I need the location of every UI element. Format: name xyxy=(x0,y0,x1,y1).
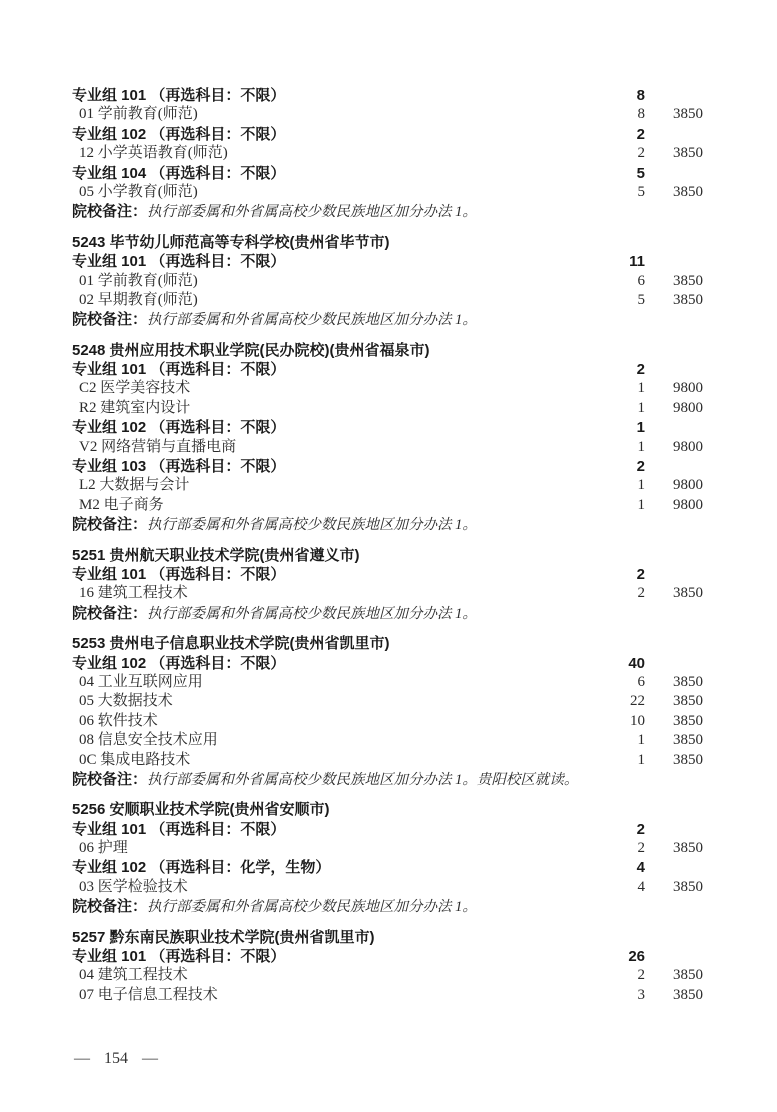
major-name: V2 网络营销与直播电商 xyxy=(72,438,593,457)
plan-count: 2 xyxy=(593,820,645,839)
school-section: 5248 贵州应用技术职业学院(民办院校)(贵州省福泉市)专业组 101 （再选… xyxy=(72,341,703,535)
major-group-row: 专业组 103 （再选科目：不限）2 xyxy=(72,457,703,476)
school-section: 专业组 101 （再选科目：不限）801 学前教育(师范)83850专业组 10… xyxy=(72,86,703,222)
major-group-label: 专业组 101 （再选科目：不限） xyxy=(72,360,593,379)
school-section: 5243 毕节幼儿师范高等专科学校(贵州省毕节市)专业组 101 （再选科目：不… xyxy=(72,233,703,330)
major-name: 12 小学英语教育(师范) xyxy=(72,144,593,163)
tuition-fee: 3850 xyxy=(645,144,703,163)
major-name: 03 医学检验技术 xyxy=(72,878,593,897)
plan-count: 1 xyxy=(593,418,645,437)
school-section: 5257 黔东南民族职业技术学院(贵州省凯里市)专业组 101 （再选科目：不限… xyxy=(72,928,703,1006)
major-group-label: 专业组 101 （再选科目：不限） xyxy=(72,820,593,839)
school-section: 5256 安顺职业技术学院(贵州省安顺市)专业组 101 （再选科目：不限）20… xyxy=(72,800,703,916)
major-row: 07 电子信息工程技术33850 xyxy=(72,986,703,1005)
plan-count: 1 xyxy=(593,399,645,418)
major-group-row: 专业组 102 （再选科目：不限）1 xyxy=(72,418,703,437)
major-group-row: 专业组 101 （再选科目：不限）26 xyxy=(72,947,703,966)
major-name: M2 电子商务 xyxy=(72,496,593,515)
major-name: 01 学前教育(师范) xyxy=(72,272,593,291)
major-group-label: 专业组 102 （再选科目：不限） xyxy=(72,418,593,437)
major-name: 04 建筑工程技术 xyxy=(72,966,593,985)
major-row: 06 护理23850 xyxy=(72,839,703,858)
tuition-fee: 9800 xyxy=(645,379,703,398)
plan-count: 3 xyxy=(593,986,645,1005)
note-text: 执行部委属和外省属高校少数民族地区加分办法 1。贵阳校区就读。 xyxy=(147,772,578,788)
major-row: V2 网络营销与直播电商19800 xyxy=(72,438,703,457)
major-group-label: 专业组 102 （再选科目：不限） xyxy=(72,654,593,673)
school-header-row: 5248 贵州应用技术职业学院(民办院校)(贵州省福泉市) xyxy=(72,341,703,360)
school-header-row: 5256 安顺职业技术学院(贵州省安顺市) xyxy=(72,800,703,819)
school-header-row: 5257 黔东南民族职业技术学院(贵州省凯里市) xyxy=(72,928,703,947)
school-title: 5256 安顺职业技术学院(贵州省安顺市) xyxy=(72,800,703,819)
school-note-row: 院校备注：执行部委属和外省属高校少数民族地区加分办法 1。 xyxy=(72,202,703,221)
tuition-fee: 3850 xyxy=(645,291,703,310)
plan-count: 2 xyxy=(593,584,645,603)
school-header-row: 5253 贵州电子信息职业技术学院(贵州省凯里市) xyxy=(72,634,703,653)
plan-count: 2 xyxy=(593,966,645,985)
tuition-fee: 3850 xyxy=(645,986,703,1005)
tuition-fee: 3850 xyxy=(645,712,703,731)
plan-count: 6 xyxy=(593,673,645,692)
tuition-fee: 3850 xyxy=(645,751,703,770)
school-note-row: 院校备注：执行部委属和外省属高校少数民族地区加分办法 1。 xyxy=(72,310,703,329)
major-row: M2 电子商务19800 xyxy=(72,496,703,515)
plan-count: 1 xyxy=(593,438,645,457)
note-label: 院校备注： xyxy=(72,771,147,788)
tuition-fee: 9800 xyxy=(645,476,703,495)
major-group-row: 专业组 102 （再选科目：化学，生物）4 xyxy=(72,858,703,877)
school-note-row: 院校备注：执行部委属和外省属高校少数民族地区加分办法 1。 xyxy=(72,897,703,916)
plan-count: 2 xyxy=(593,144,645,163)
major-group-row: 专业组 104 （再选科目：不限）5 xyxy=(72,164,703,183)
school-note-row: 院校备注：执行部委属和外省属高校少数民族地区加分办法 1。 xyxy=(72,604,703,623)
tuition-fee: 9800 xyxy=(645,438,703,457)
major-group-label: 专业组 101 （再选科目：不限） xyxy=(72,86,593,105)
major-group-label: 专业组 104 （再选科目：不限） xyxy=(72,164,593,183)
note-label: 院校备注： xyxy=(72,203,147,220)
tuition-fee: 3850 xyxy=(645,692,703,711)
plan-count: 5 xyxy=(593,164,645,183)
major-name: 07 电子信息工程技术 xyxy=(72,986,593,1005)
major-group-label: 专业组 101 （再选科目：不限） xyxy=(72,252,593,271)
major-group-label: 专业组 102 （再选科目：不限） xyxy=(72,125,593,144)
tuition-fee: 3850 xyxy=(645,183,703,202)
major-name: 05 小学教育(师范) xyxy=(72,183,593,202)
plan-count: 2 xyxy=(593,125,645,144)
plan-count: 4 xyxy=(593,878,645,897)
tuition-fee: 9800 xyxy=(645,399,703,418)
major-group-label: 专业组 102 （再选科目：化学，生物） xyxy=(72,858,593,877)
plan-count: 1 xyxy=(593,731,645,750)
note-text: 执行部委属和外省属高校少数民族地区加分办法 1。 xyxy=(147,204,477,220)
note-label: 院校备注： xyxy=(72,311,147,328)
major-row: 04 建筑工程技术23850 xyxy=(72,966,703,985)
plan-count: 6 xyxy=(593,272,645,291)
major-group-row: 专业组 101 （再选科目：不限）2 xyxy=(72,820,703,839)
plan-count: 22 xyxy=(593,692,645,711)
major-name: R2 建筑室内设计 xyxy=(72,399,593,418)
major-row: 06 软件技术103850 xyxy=(72,712,703,731)
plan-count: 5 xyxy=(593,291,645,310)
major-name: 16 建筑工程技术 xyxy=(72,584,593,603)
major-name: 06 软件技术 xyxy=(72,712,593,731)
major-group-row: 专业组 101 （再选科目：不限）2 xyxy=(72,360,703,379)
major-row: 08 信息安全技术应用13850 xyxy=(72,731,703,750)
document-page: 专业组 101 （再选科目：不限）801 学前教育(师范)83850专业组 10… xyxy=(0,0,777,1112)
major-row: 02 早期教育(师范)53850 xyxy=(72,291,703,310)
plan-count: 1 xyxy=(593,496,645,515)
major-name: C2 医学美容技术 xyxy=(72,379,593,398)
school-section: 5251 贵州航天职业技术学院(贵州省遵义市)专业组 101 （再选科目：不限）… xyxy=(72,546,703,624)
plan-count: 5 xyxy=(593,183,645,202)
major-name: 01 学前教育(师范) xyxy=(72,105,593,124)
tuition-fee: 3850 xyxy=(645,878,703,897)
major-group-label: 专业组 101 （再选科目：不限） xyxy=(72,947,593,966)
major-group-row: 专业组 102 （再选科目：不限）40 xyxy=(72,654,703,673)
school-header-row: 5251 贵州航天职业技术学院(贵州省遵义市) xyxy=(72,546,703,565)
major-row: 01 学前教育(师范)63850 xyxy=(72,272,703,291)
note-text: 执行部委属和外省属高校少数民族地区加分办法 1。 xyxy=(147,899,477,915)
plan-count: 2 xyxy=(593,360,645,379)
school-title: 5248 贵州应用技术职业学院(民办院校)(贵州省福泉市) xyxy=(72,341,703,360)
major-row: C2 医学美容技术19800 xyxy=(72,379,703,398)
major-name: 04 工业互联网应用 xyxy=(72,673,593,692)
plan-count: 11 xyxy=(593,252,645,271)
major-group-row: 专业组 102 （再选科目：不限）2 xyxy=(72,125,703,144)
tuition-fee: 3850 xyxy=(645,966,703,985)
major-group-row: 专业组 101 （再选科目：不限）2 xyxy=(72,565,703,584)
plan-count: 2 xyxy=(593,839,645,858)
major-row: L2 大数据与会计19800 xyxy=(72,476,703,495)
major-name: 05 大数据技术 xyxy=(72,692,593,711)
school-title: 5253 贵州电子信息职业技术学院(贵州省凯里市) xyxy=(72,634,703,653)
note-text: 执行部委属和外省属高校少数民族地区加分办法 1。 xyxy=(147,517,477,533)
note-text: 执行部委属和外省属高校少数民族地区加分办法 1。 xyxy=(147,312,477,328)
plan-count: 4 xyxy=(593,858,645,877)
plan-count: 1 xyxy=(593,751,645,770)
school-title: 5243 毕节幼儿师范高等专科学校(贵州省毕节市) xyxy=(72,233,703,252)
major-group-label: 专业组 101 （再选科目：不限） xyxy=(72,565,593,584)
plan-count: 1 xyxy=(593,476,645,495)
plan-count: 8 xyxy=(593,86,645,105)
plan-count: 26 xyxy=(593,947,645,966)
major-name: 06 护理 xyxy=(72,839,593,858)
plan-count: 1 xyxy=(593,379,645,398)
major-row: 03 医学检验技术43850 xyxy=(72,878,703,897)
tuition-fee: 3850 xyxy=(645,673,703,692)
school-section: 5253 贵州电子信息职业技术学院(贵州省凯里市)专业组 102 （再选科目：不… xyxy=(72,634,703,789)
major-row: 05 大数据技术223850 xyxy=(72,692,703,711)
major-group-row: 专业组 101 （再选科目：不限）8 xyxy=(72,86,703,105)
major-name: 0C 集成电路技术 xyxy=(72,751,593,770)
admission-plan-list: 专业组 101 （再选科目：不限）801 学前教育(师范)83850专业组 10… xyxy=(72,86,703,1016)
note-label: 院校备注： xyxy=(72,605,147,622)
major-name: 08 信息安全技术应用 xyxy=(72,731,593,750)
major-row: 0C 集成电路技术13850 xyxy=(72,751,703,770)
note-label: 院校备注： xyxy=(72,898,147,915)
major-name: 02 早期教育(师范) xyxy=(72,291,593,310)
plan-count: 2 xyxy=(593,565,645,584)
major-row: 05 小学教育(师范)53850 xyxy=(72,183,703,202)
major-row: 16 建筑工程技术23850 xyxy=(72,584,703,603)
plan-count: 8 xyxy=(593,105,645,124)
major-row: 04 工业互联网应用63850 xyxy=(72,673,703,692)
plan-count: 40 xyxy=(593,654,645,673)
school-header-row: 5243 毕节幼儿师范高等专科学校(贵州省毕节市) xyxy=(72,233,703,252)
school-note-row: 院校备注：执行部委属和外省属高校少数民族地区加分办法 1。贵阳校区就读。 xyxy=(72,770,703,789)
plan-count: 2 xyxy=(593,457,645,476)
tuition-fee: 9800 xyxy=(645,496,703,515)
major-name: L2 大数据与会计 xyxy=(72,476,593,495)
major-group-row: 专业组 101 （再选科目：不限）11 xyxy=(72,252,703,271)
major-row: R2 建筑室内设计19800 xyxy=(72,399,703,418)
major-row: 01 学前教育(师范)83850 xyxy=(72,105,703,124)
school-title: 5257 黔东南民族职业技术学院(贵州省凯里市) xyxy=(72,928,703,947)
school-note-row: 院校备注：执行部委属和外省属高校少数民族地区加分办法 1。 xyxy=(72,515,703,534)
note-text: 执行部委属和外省属高校少数民族地区加分办法 1。 xyxy=(147,606,477,622)
tuition-fee: 3850 xyxy=(645,584,703,603)
note-label: 院校备注： xyxy=(72,516,147,533)
major-group-label: 专业组 103 （再选科目：不限） xyxy=(72,457,593,476)
page-number: — 154 — xyxy=(74,1050,158,1068)
tuition-fee: 3850 xyxy=(645,839,703,858)
tuition-fee: 3850 xyxy=(645,731,703,750)
plan-count: 10 xyxy=(593,712,645,731)
major-row: 12 小学英语教育(师范)23850 xyxy=(72,144,703,163)
school-title: 5251 贵州航天职业技术学院(贵州省遵义市) xyxy=(72,546,703,565)
tuition-fee: 3850 xyxy=(645,272,703,291)
tuition-fee: 3850 xyxy=(645,105,703,124)
